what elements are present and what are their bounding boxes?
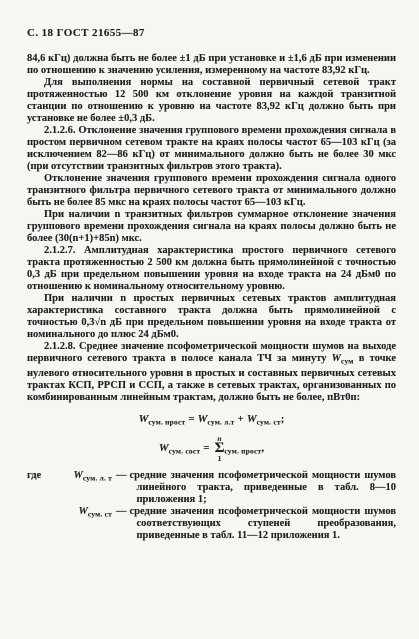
subscript: сум. ст bbox=[88, 510, 112, 519]
paragraph-2-1-2-6: 2.1.2.6. Отклонение значения группового … bbox=[27, 125, 396, 173]
variable: W bbox=[79, 506, 88, 517]
punctuation: , bbox=[261, 442, 264, 454]
where-description: средние значения псофометрической мощнос… bbox=[130, 470, 397, 506]
plus-sign: + bbox=[235, 413, 247, 425]
page-content: С. 18 ГОСТ 21655—87 84,6 кГц) должна быт… bbox=[27, 27, 396, 542]
paragraph-2-1-2-8: 2.1.2.8. Среднее значение псофометрическ… bbox=[27, 341, 396, 404]
running-header: С. 18 ГОСТ 21655—87 bbox=[27, 27, 396, 39]
where-keyword: где bbox=[27, 470, 54, 482]
w-sum-symbol: W bbox=[332, 353, 341, 364]
formula-composite-path: Wсум. сост=nΣ1сум. прост, bbox=[27, 435, 396, 462]
subscript: сум. ст bbox=[257, 417, 281, 426]
where-term: Wсум. л. т bbox=[54, 470, 112, 485]
variable: W bbox=[73, 470, 82, 481]
document-page: С. 18 ГОСТ 21655—87 84,6 кГц) должна быт… bbox=[0, 0, 419, 639]
variable: W bbox=[198, 413, 208, 425]
summation-lower-limit: 1 bbox=[218, 455, 222, 462]
where-description: средние значения псофометрической мощнос… bbox=[130, 506, 397, 542]
subscript: сум. л. т bbox=[83, 474, 112, 483]
paragraph: При наличии n простых первичных сетевых … bbox=[27, 293, 396, 341]
variable: W bbox=[139, 413, 149, 425]
equals-sign: = bbox=[185, 413, 197, 425]
where-item: где Wсум. л. т — средние значения псофом… bbox=[27, 470, 396, 506]
where-definitions: где Wсум. л. т — средние значения псофом… bbox=[27, 470, 396, 542]
paragraph: Отклонение значения группового времени п… bbox=[27, 173, 396, 209]
paragraph-2-1-2-7: 2.1.2.7. Амплитудная характеристика прос… bbox=[27, 245, 396, 293]
w-sum-subscript: сум bbox=[341, 357, 354, 366]
subscript: сум. прост bbox=[148, 417, 185, 426]
variable: W bbox=[247, 413, 257, 425]
paragraph: Для выполнения нормы на составной первич… bbox=[27, 77, 396, 125]
where-term: Wсум. ст bbox=[54, 506, 112, 521]
paragraph: 84,6 кГц) должна быть не более ±1 дБ при… bbox=[27, 53, 396, 77]
equals-sign: = bbox=[200, 442, 212, 454]
dash: — bbox=[112, 470, 130, 482]
punctuation: ; bbox=[281, 413, 285, 425]
subscript: сум. сост bbox=[169, 447, 201, 456]
paragraph: При наличии n транзитных фильтров суммар… bbox=[27, 209, 396, 245]
summation-icon: nΣ1 bbox=[215, 435, 225, 462]
subscript: сум. прост bbox=[224, 447, 261, 456]
subscript: сум. л.т bbox=[207, 417, 234, 426]
dash: — bbox=[112, 506, 130, 518]
variable: W bbox=[159, 442, 169, 454]
where-item: Wсум. ст — средние значения псофометриче… bbox=[27, 506, 396, 542]
formula-simple-path: Wсум. прост=Wсум. л.т+Wсум. ст; bbox=[27, 413, 396, 429]
formulas: Wсум. прост=Wсум. л.т+Wсум. ст; Wсум. со… bbox=[27, 413, 396, 463]
